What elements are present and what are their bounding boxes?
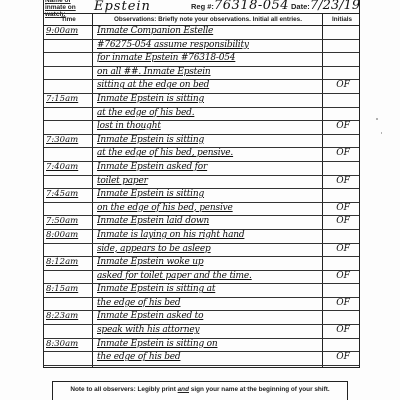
table-row: 7:50amInmate Epstein laid downOF [44, 216, 359, 230]
date-value: 7/23/19 [310, 0, 360, 13]
table-row: the edge of his bedOF [44, 298, 359, 312]
entry-observation: the edge of his bed [97, 352, 322, 362]
scan-speck [381, 132, 382, 134]
entry-observation: on the edge of his bed, pensive [97, 203, 322, 213]
table-row: 7:30amInmate Epstein is sitting [44, 135, 359, 149]
entry-observation: at the edge of his bed. [97, 108, 322, 118]
entry-observation: side, appears to be asleep [97, 244, 322, 254]
entry-time: 7:30am [46, 135, 92, 145]
date-label: Date: [291, 2, 310, 11]
entry-observation: Inmate Epstein is sitting [97, 135, 322, 145]
reg-label: Reg #: [191, 2, 214, 11]
entry-time: 7:45am [46, 189, 92, 199]
entry-observation: Inmate Companion Estelle [97, 26, 322, 36]
entry-observation: Inmate Epstein is sitting on [97, 339, 322, 349]
table-row: the edge of his bedOF [44, 352, 359, 366]
entry-observation: speak with his attorney [97, 325, 322, 335]
observer-note-emphasis: and [178, 386, 189, 393]
scan-speck [246, 388, 247, 389]
table-row: sitting at the edge on bedOF [44, 80, 359, 94]
table-row: 7:15amInmate Epstein is sitting [44, 94, 359, 108]
table-row: #76275-054 assume responsibility [44, 40, 359, 54]
table-row: 8:12amInmate Epstein woke up [44, 257, 359, 271]
observation-table: Name of inmate on watch: Epstein Reg #: … [43, 0, 360, 368]
table-row: asked for toilet paper and the time.OF [44, 271, 359, 285]
entry-time: 8:15am [46, 284, 92, 294]
entry-observation: #76275-054 assume responsibility [97, 40, 322, 50]
table-row: 7:40amInmate Epstein asked for [44, 162, 359, 176]
entry-time: 7:40am [46, 162, 92, 172]
column-header-time: Time [44, 16, 93, 23]
entry-observation: at the edge of his bed, pensive. [97, 148, 322, 158]
inmate-header-row: Name of inmate on watch: Epstein Reg #: … [44, 0, 359, 14]
table-row: 9:00amInmate Companion Estelle [44, 26, 359, 40]
table-row: 8:15amInmate Epstein is sitting at [44, 284, 359, 298]
observation-log-sheet: Name of inmate on watch: Epstein Reg #: … [0, 0, 400, 400]
table-row: lost in thoughtOF [44, 121, 359, 135]
entry-observation: the edge of his bed [97, 298, 322, 308]
inmate-name: Epstein [94, 0, 151, 14]
table-row: at the edge of his bed, pensive.OF [44, 148, 359, 162]
table-row: side, appears to be asleepOF [44, 244, 359, 258]
entry-observation: toilet paper [97, 176, 322, 186]
table-row: on all ##. Inmate Epstein [44, 67, 359, 81]
column-header-observations: Observations: Briefly note your observat… [93, 16, 323, 23]
table-row: for inmate Epstein #76318-054 [44, 53, 359, 67]
entry-observation: for inmate Epstein #76318-054 [97, 53, 322, 63]
entry-observation: Inmate Epstein is sitting [97, 94, 322, 104]
table-row: speak with his attorneyOF [44, 325, 359, 339]
entry-time: 8:30am [46, 339, 92, 349]
observer-note-suffix: sign your name at the beginning of your … [189, 386, 330, 393]
entry-observation: asked for toilet paper and the time. [97, 271, 322, 281]
entry-time: 7:15am [46, 94, 92, 104]
entry-time: 7:50am [46, 216, 92, 226]
entry-observation: Inmate Epstein is sitting at [97, 284, 322, 294]
entry-time: 9:00am [46, 26, 92, 36]
entry-observation: Inmate is laying on his right hand [97, 230, 322, 240]
observation-rows: 9:00amInmate Companion Estelle#76275-054… [44, 26, 359, 366]
entry-time: 8:23am [46, 311, 92, 321]
entry-observation: Inmate Epstein laid down [97, 216, 322, 226]
entry-observation: on all ##. Inmate Epstein [97, 67, 322, 77]
entry-initials: OF [326, 352, 360, 368]
table-row: at the edge of his bed. [44, 108, 359, 122]
entry-observation: Inmate Epstein asked to [97, 311, 322, 321]
table-row: 8:23amInmate Epstein asked to [44, 311, 359, 325]
column-header-initials: Initials [323, 16, 361, 23]
entry-observation: Inmate Epstein asked for [97, 162, 322, 172]
table-row: toilet paperOF [44, 176, 359, 190]
scan-speck [376, 118, 378, 120]
table-row: 7:45amInmate Epstein is sitting [44, 189, 359, 203]
observer-note-prefix: Note to all observers: Legibly print [70, 386, 177, 393]
table-row: on the edge of his bed, pensiveOF [44, 203, 359, 217]
entry-observation: lost in thought [97, 121, 322, 131]
entry-time: 8:00am [46, 230, 92, 240]
entry-observation: Inmate Epstein is sitting [97, 189, 322, 199]
observer-note: Note to all observers: Legibly print and… [52, 381, 348, 400]
reg-number: 76318-054 [214, 0, 289, 13]
entry-observation: sitting at the edge on bed [97, 80, 322, 90]
entry-time: 8:12am [46, 257, 92, 267]
entry-observation: Inmate Epstein woke up [97, 257, 322, 267]
table-row: 8:00amInmate is laying on his right hand [44, 230, 359, 244]
table-row: 8:30amInmate Epstein is sitting on [44, 339, 359, 353]
